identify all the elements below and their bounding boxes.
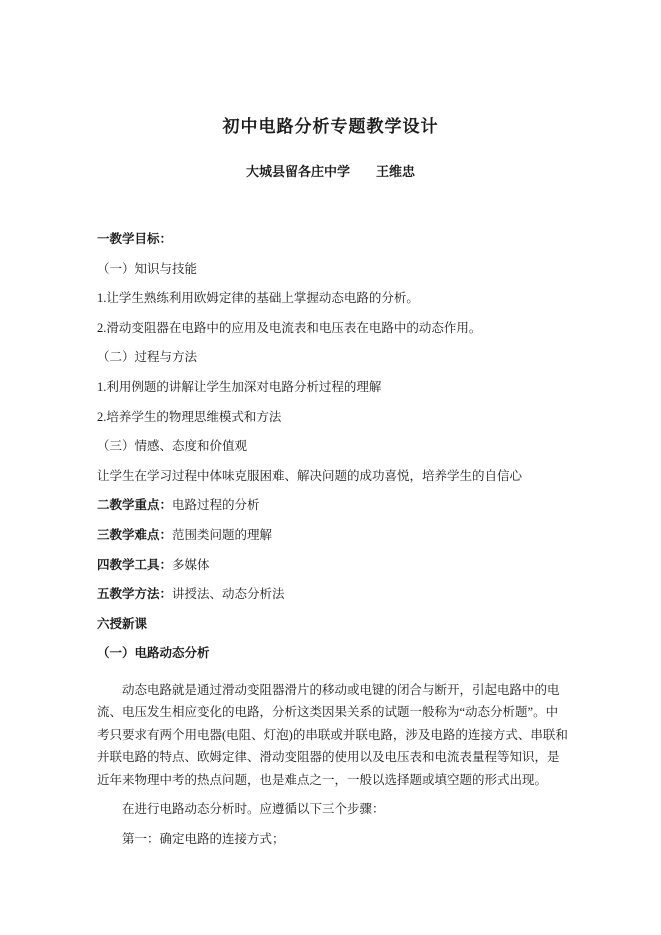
line-teaching-difficulty: 三教学难点：范围类问题的理解 (97, 521, 568, 551)
section-heading-new-lesson: 六授新课 (97, 610, 568, 640)
teaching-difficulty-label: 三教学难点： (97, 528, 172, 542)
emotion-values-text: 让学生在学习过程中体味克服困难、解决问题的成功喜悦，培养学生的自信心 (97, 462, 568, 492)
document-body: 一教学目标： （一）知识与技能 1.让学生熟练利用欧姆定律的基础上掌握动态电路的… (97, 225, 568, 851)
line-teaching-methods: 五教学方法：讲授法、动态分析法 (97, 580, 568, 610)
teaching-methods-value: 讲授法、动态分析法 (172, 587, 285, 601)
line-teaching-tools: 四教学工具：多媒体 (97, 551, 568, 581)
teaching-difficulty-value: 范围类问题的理解 (172, 528, 272, 542)
page-title: 初中电路分析专题教学设计 (0, 0, 661, 138)
byline-author: 王维忠 (376, 164, 415, 179)
objective-item-1: 1.让学生熟练利用欧姆定律的基础上掌握动态电路的分析。 (97, 284, 568, 314)
teaching-methods-label: 五教学方法： (97, 587, 172, 601)
teaching-tools-label: 四教学工具： (97, 558, 172, 572)
byline-school: 大城县留各庄中学 (246, 164, 350, 179)
subsection-process-methods: （二）过程与方法 (97, 343, 568, 373)
subsection-knowledge-skills: （一）知识与技能 (97, 255, 568, 285)
subsection-dynamic-analysis: （一）电路动态分析 (97, 639, 568, 669)
document-page: 初中电路分析专题教学设计 大城县留各庄中学王维忠 一教学目标： （一）知识与技能… (0, 0, 661, 935)
teaching-focus-value: 电路过程的分析 (172, 498, 260, 512)
objective-item-2: 2.滑动变阻器在电路中的应用及电流表和电压表在电路中的动态作用。 (97, 314, 568, 344)
process-item-2: 2.培养学生的物理思维模式和方法 (97, 403, 568, 433)
byline: 大城县留各庄中学王维忠 (0, 163, 661, 181)
paragraph-three-steps-intro: 在进行电路动态分析时。应遵循以下三个步骤： (97, 798, 568, 820)
paragraph-dynamic-circuit-intro: 动态电路就是通过滑动变阻器滑片的移动或电键的闭合与断开，引起电路中的电流、电压发… (97, 679, 568, 791)
teaching-tools-value: 多媒体 (172, 558, 210, 572)
teaching-focus-label: 二教学重点： (97, 498, 172, 512)
subsection-emotion-values: （三）情感、态度和价值观 (97, 432, 568, 462)
line-teaching-focus: 二教学重点：电路过程的分析 (97, 491, 568, 521)
section-heading-objectives: 一教学目标： (97, 225, 568, 255)
paragraph-step-one: 第一：确定电路的连接方式； (97, 828, 568, 850)
process-item-1: 1.利用例题的讲解让学生加深对电路分析过程的理解 (97, 373, 568, 403)
